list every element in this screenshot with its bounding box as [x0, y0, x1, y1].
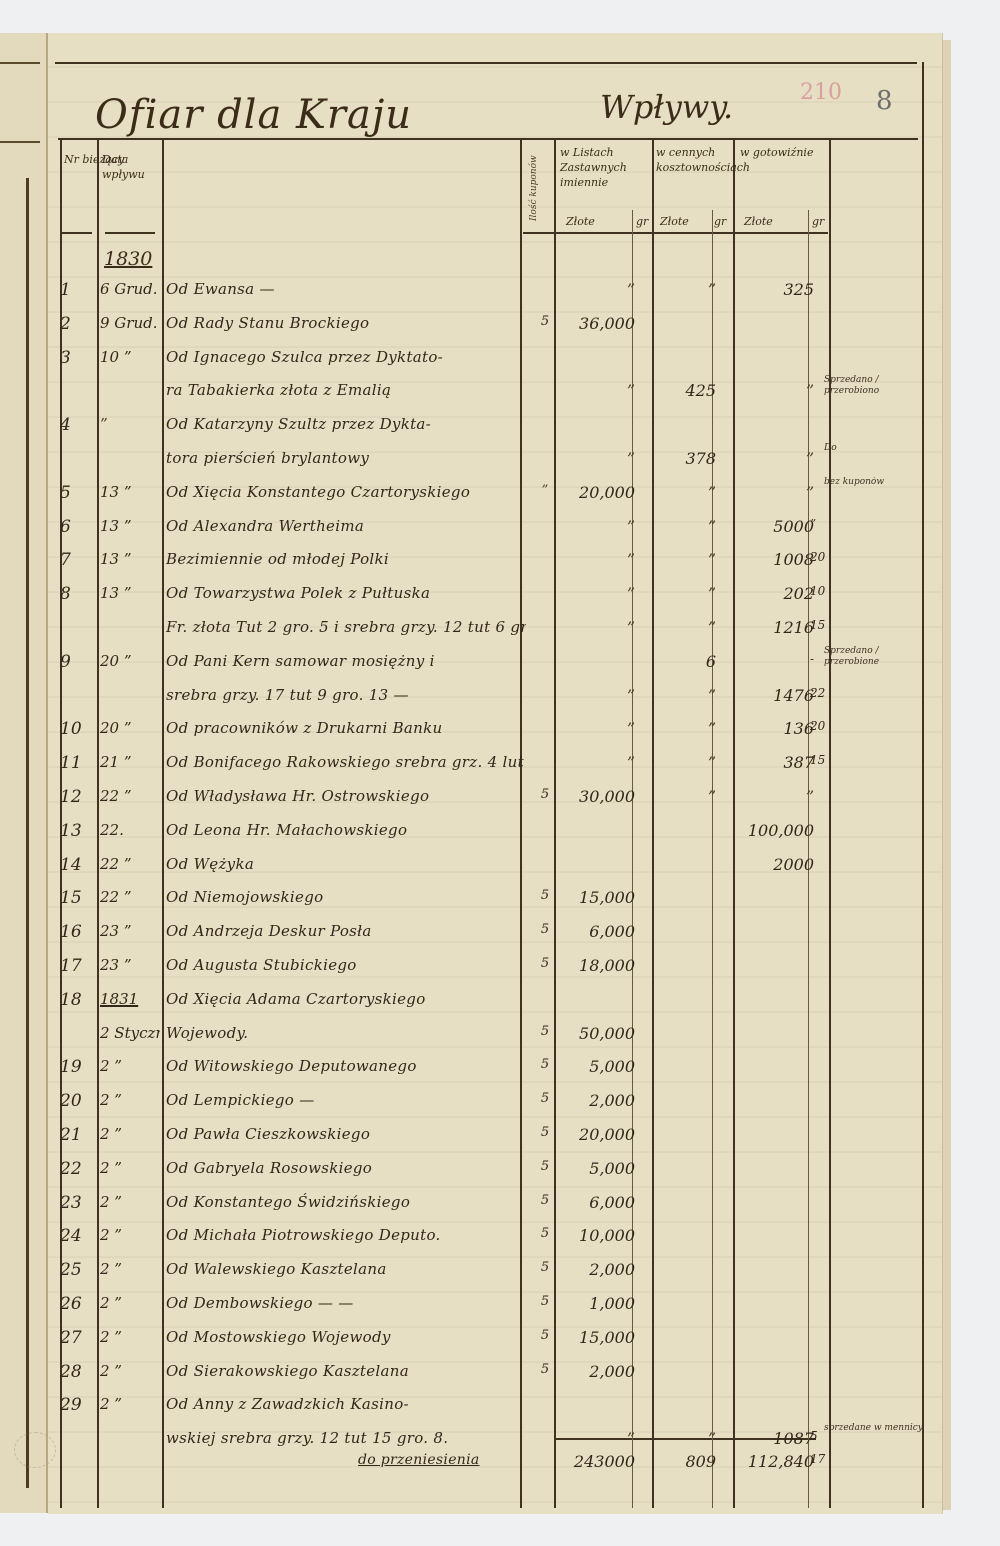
ledger-row: 1522 ”Od Niemojowskiego515,000 [48, 882, 942, 916]
entry-cash-zlote: 387 [736, 753, 814, 772]
header-underline [523, 232, 828, 234]
entry-precious-zlote: 425 [656, 381, 716, 400]
entry-date: 2 ” [100, 1260, 160, 1278]
entry-description: Fr. złota Tut 2 gro. 5 i srebra grzy. 12… [166, 618, 526, 636]
entry-precious-zlote: ” [656, 787, 716, 806]
ledger-row: 1322.Od Leona Hr. Małachowskiego100,000 [48, 815, 942, 849]
entry-cash-grosze: ” [810, 517, 832, 531]
entry-date: 13 ” [100, 550, 160, 568]
header-grosze-1: gr [636, 214, 648, 229]
entry-precious-zlote: ” [656, 618, 716, 637]
entry-date: 1831 [100, 990, 160, 1008]
entry-number: 12 [60, 787, 96, 807]
entry-number: 20 [60, 1091, 96, 1111]
entry-listy-zastawne-zlote: 36,000 [560, 314, 635, 333]
entry-description: Od Katarzyny Szultz przez Dykta- [166, 415, 526, 433]
entry-listy-zastawne-zlote: ” [560, 686, 635, 705]
entry-listy-zastawne-zlote: 15,000 [560, 888, 635, 907]
entry-coupons: 5 [532, 1057, 558, 1072]
entry-description: Od Xięcia Konstantego Czartoryskiego [166, 483, 526, 501]
entry-listy-zastawne-zlote: 5,000 [560, 1057, 635, 1076]
entry-description: Od Lempickiego — [166, 1091, 526, 1109]
entry-number: 23 [60, 1193, 96, 1213]
entry-cash-grosze: 10 [810, 584, 832, 598]
entry-description: Od Alexandra Wertheima [166, 517, 526, 535]
entry-coupons: 5 [532, 314, 558, 329]
entry-number: 5 [60, 483, 96, 503]
entry-note: Do [824, 443, 924, 454]
entry-description: Od Andrzeja Deskur Posła [166, 922, 526, 940]
entry-number: 2 [60, 314, 96, 334]
entry-date: 13 ” [100, 483, 160, 501]
header-underline [62, 232, 92, 234]
ledger-row: 262 ”Od Dembowskiego — —51,000 [48, 1288, 942, 1322]
top-rule [55, 62, 917, 64]
ledger-row: 282 ”Od Sierakowskiego Kasztelana52,000 [48, 1356, 942, 1390]
ledger-row: 272 ”Od Mostowskiego Wojewody515,000 [48, 1322, 942, 1356]
ledger-row: 181831Od Xięcia Adama Czartoryskiego [48, 984, 942, 1018]
header-no: Nr bieżący [64, 152, 96, 167]
header-cash: w gotowiźnie [740, 145, 826, 160]
entry-description: Od Pawła Cieszkowskiego [166, 1125, 526, 1143]
entry-cash-zlote: 2000 [736, 855, 814, 874]
ledger-row: 1422 ”Od Wężyka2000 [48, 849, 942, 883]
entry-description: Od Xięcia Adama Czartoryskiego [166, 990, 526, 1008]
totals-row: do przeniesienia 243000 809 112,840 17 [48, 1446, 942, 1480]
entry-cash-zlote: 136 [736, 719, 814, 738]
total-precious: 809 [656, 1452, 716, 1471]
entry-date: 20 ” [100, 719, 160, 737]
left-page-column-line [26, 178, 29, 1488]
ledger-row: 1121 ”Od Bonifacego Rakowskiego srebra g… [48, 747, 942, 781]
entry-date: 23 ” [100, 922, 160, 940]
entry-coupons: 5 [532, 1159, 558, 1174]
entry-description: wskiej srebra grzy. 12 tut 15 gro. 8. [166, 1429, 526, 1447]
page-edge [942, 40, 951, 1510]
entry-description: Bezimiennie od młodej Polki [166, 550, 526, 568]
entry-coupons: 5 [532, 1226, 558, 1241]
folio-number-red: 210 [800, 80, 842, 105]
entry-coupons: 5 [532, 888, 558, 903]
entry-listy-zastawne-zlote: ” [560, 618, 635, 637]
entry-description: Od Ewansa — [166, 280, 526, 298]
left-page-rule [0, 141, 40, 143]
entry-listy-zastawne-zlote: 18,000 [560, 956, 635, 975]
entry-listy-zastawne-zlote: ” [560, 550, 635, 569]
entry-cash-zlote: 325 [736, 280, 814, 299]
entry-number: 10 [60, 719, 96, 739]
entry-coupons: 5 [532, 1328, 558, 1343]
entry-cash-grosze: 15 [810, 753, 832, 767]
header-zlote-2: Złote [660, 214, 689, 229]
entry-listy-zastawne-zlote: 2,000 [560, 1362, 635, 1381]
entry-coupons: 5 [532, 1260, 558, 1275]
entry-description: srebra grzy. 17 tut 9 gro. 13 — [166, 686, 526, 704]
entry-number: 28 [60, 1362, 96, 1382]
entry-number: 21 [60, 1125, 96, 1145]
entry-precious-zlote: ” [656, 686, 716, 705]
entry-description: Od Wężyka [166, 855, 526, 873]
entry-description: Od Gabryela Rosowskiego [166, 1159, 526, 1177]
entry-precious-zlote: 378 [656, 449, 716, 468]
entry-listy-zastawne-zlote: 20,000 [560, 483, 635, 502]
entry-description: Od Rady Stanu Brockiego [166, 314, 526, 332]
year-1830: 1830 [104, 248, 152, 270]
left-page-edge [0, 33, 48, 1513]
entry-precious-zlote: ” [656, 753, 716, 772]
entry-date: 13 ” [100, 584, 160, 602]
entry-description: Od Dembowskiego — — [166, 1294, 526, 1312]
ledger-row: 16 Grud.Od Ewansa —””325 [48, 274, 942, 308]
entry-cash-zlote: 1216 [736, 618, 814, 637]
entry-cash-grosze: 15 [810, 618, 832, 632]
entry-cash-zlote: 202 [736, 584, 814, 603]
entry-cash-zlote: ” [736, 787, 814, 806]
entry-listy-zastawne-zlote: 6,000 [560, 922, 635, 941]
total-cash-zlote: 112,840 [736, 1452, 814, 1471]
entry-description: Od Konstantego Świdzińskiego [166, 1193, 526, 1211]
entry-number: 17 [60, 956, 96, 976]
entry-date: 2 Styczn. [100, 1024, 160, 1042]
ledger-row: 2 Styczn.Wojewody.550,000 [48, 1018, 942, 1052]
archive-stamp [14, 1432, 56, 1468]
ledger-row: 4”Od Katarzyny Szultz przez Dykta- [48, 409, 942, 443]
entry-number: 7 [60, 550, 96, 570]
entry-listy-zastawne-zlote: ” [560, 584, 635, 603]
entry-listy-zastawne-zlote: ” [560, 381, 635, 400]
entry-precious-zlote: 6 [656, 652, 716, 671]
entry-listy-zastawne-zlote: 2,000 [560, 1091, 635, 1110]
entry-date: 2 ” [100, 1226, 160, 1244]
entry-number: 9 [60, 652, 96, 672]
ledger-row: ra Tabakierka złota z Emalią”425”Sprzeda… [48, 375, 942, 409]
entry-date: 2 ” [100, 1395, 160, 1413]
entry-cash-grosze: 20 [810, 719, 832, 733]
entry-date: 2 ” [100, 1328, 160, 1346]
entry-date: 2 ” [100, 1125, 160, 1143]
ledger-row: 613 ”Od Alexandra Wertheima””5000” [48, 511, 942, 545]
entry-coupons: 5 [532, 922, 558, 937]
header-coupons: Ilość kuponów [529, 148, 549, 228]
entry-description: Od Augusta Stubickiego [166, 956, 526, 974]
entry-number: 22 [60, 1159, 96, 1179]
entry-description: Od Walewskiego Kasztelana [166, 1260, 526, 1278]
entry-date: 23 ” [100, 956, 160, 974]
ledger-row: 813 ”Od Towarzystwa Polek z Pułtuska””20… [48, 578, 942, 612]
entry-listy-zastawne-zlote: 6,000 [560, 1193, 635, 1212]
entry-number: 29 [60, 1395, 96, 1415]
entry-description: Od Mostowskiego Wojewody [166, 1328, 526, 1346]
entry-description: Od Leona Hr. Małachowskiego [166, 821, 526, 839]
entry-date: 2 ” [100, 1193, 160, 1211]
entry-coupons: 5 [532, 956, 558, 971]
ledger-row: 292 ”Od Anny z Zawadzkich Kasino- [48, 1389, 942, 1423]
header-underline [105, 232, 155, 234]
entry-number: 8 [60, 584, 96, 604]
page-title: Ofiar dla Kraju [95, 92, 412, 138]
header-grosze-2: gr [714, 214, 726, 229]
entry-listy-zastawne-zlote: ” [560, 280, 635, 299]
folio-number-pencil: 8 [876, 86, 893, 116]
entry-date: 20 ” [100, 652, 160, 670]
entry-note: Sprzedano / przerobione [824, 646, 924, 668]
entry-coupons: ” [532, 483, 558, 498]
entry-cash-grosze: 22 [810, 686, 832, 700]
entry-date: 2 ” [100, 1294, 160, 1312]
entry-coupons: 5 [532, 1362, 558, 1377]
entry-number: 19 [60, 1057, 96, 1077]
entry-date: 22 ” [100, 888, 160, 906]
header-date: Data wpływu [102, 152, 160, 182]
entry-note: Sprzedano / przerobiono [824, 375, 924, 397]
entry-description: Od Anny z Zawadzkich Kasino- [166, 1395, 526, 1413]
entry-description: tora pierścień brylantowy [166, 449, 526, 467]
entry-cash-zlote: ” [736, 483, 814, 502]
entry-date: 2 ” [100, 1091, 160, 1109]
entry-note: bez kuponów [824, 477, 924, 488]
entry-date: 2 ” [100, 1159, 160, 1177]
entry-description: Od Bonifacego Rakowskiego srebra grz. 4 … [166, 753, 526, 771]
entry-number: 4 [60, 415, 96, 435]
entry-listy-zastawne-zlote: 50,000 [560, 1024, 635, 1043]
header-listy-zastawne: w Listach Zastawnych imiennie [560, 145, 650, 190]
header-grosze-3: gr [812, 214, 824, 229]
entry-number: 24 [60, 1226, 96, 1246]
entry-listy-zastawne-zlote: 1,000 [560, 1294, 635, 1313]
header-zlote-3: Złote [744, 214, 773, 229]
ledger-row: 920 ”Od Pani Kern samowar mosiężny i6-Sp… [48, 646, 942, 680]
entry-precious-zlote: ” [656, 584, 716, 603]
entry-cash-zlote: 100,000 [736, 821, 814, 840]
entry-listy-zastawne-zlote: ” [560, 517, 635, 536]
entry-description: Od Władysława Hr. Ostrowskiego [166, 787, 526, 805]
entry-precious-zlote: ” [656, 550, 716, 569]
entry-description: Od pracowników z Drukarni Banku [166, 719, 526, 737]
entry-date: 9 Grud. [100, 314, 160, 332]
entry-cash-zlote: ” [736, 449, 814, 468]
entry-description: Od Pani Kern samowar mosiężny i [166, 652, 526, 670]
ledger-row: 212 ”Od Pawła Cieszkowskiego520,000 [48, 1119, 942, 1153]
entry-date: 21 ” [100, 753, 160, 771]
entry-number: 15 [60, 888, 96, 908]
entry-listy-zastawne-zlote: ” [560, 753, 635, 772]
entry-cash-zlote: 5000 [736, 517, 814, 536]
entry-number: 18 [60, 990, 96, 1010]
entry-cash-zlote: ” [736, 381, 814, 400]
ledger-row: 1623 ”Od Andrzeja Deskur Posła56,000 [48, 916, 942, 950]
entry-number: 14 [60, 855, 96, 875]
entry-description: Wojewody. [166, 1024, 526, 1042]
entry-date: 22 ” [100, 787, 160, 805]
header-rule [58, 138, 918, 140]
entry-number: 26 [60, 1294, 96, 1314]
entry-listy-zastawne-zlote: 30,000 [560, 787, 635, 806]
ledger-row: 29 Grud.Od Rady Stanu Brockiego536,000 [48, 308, 942, 342]
entry-note: sprzedane w mennicy [824, 1423, 924, 1434]
entry-precious-zlote: ” [656, 517, 716, 536]
ledger-row: 192 ”Od Witowskiego Deputowanego55,000 [48, 1051, 942, 1085]
entry-description: ra Tabakierka złota z Emalią [166, 381, 526, 399]
entry-precious-zlote: ” [656, 280, 716, 299]
ledger-row: 1222 ”Od Władysława Hr. Ostrowskiego530,… [48, 781, 942, 815]
entry-number: 16 [60, 922, 96, 942]
ledger-row: 310 ”Od Ignacego Szulca przez Dyktato- [48, 342, 942, 376]
entry-coupons: 5 [532, 787, 558, 802]
entry-listy-zastawne-zlote: ” [560, 719, 635, 738]
entry-number: 1 [60, 280, 96, 300]
ledger-row: 1723 ”Od Augusta Stubickiego518,000 [48, 950, 942, 984]
entry-number: 6 [60, 517, 96, 537]
entry-date: 10 ” [100, 348, 160, 366]
header-precious: w cennych kosztownościach [656, 145, 732, 175]
ledger-row: Fr. złota Tut 2 gro. 5 i srebra grzy. 12… [48, 612, 942, 646]
total-listy-zastawne: 243000 [560, 1452, 635, 1471]
entry-description: Od Michała Piotrowskiego Deputo. [166, 1226, 526, 1244]
entry-cash-zlote: 1476 [736, 686, 814, 705]
entry-listy-zastawne-zlote: 15,000 [560, 1328, 635, 1347]
entry-cash-grosze: 20 [810, 550, 832, 564]
entry-description: Od Niemojowskiego [166, 888, 526, 906]
ledger-row: srebra grzy. 17 tut 9 gro. 13 —””147622 [48, 680, 942, 714]
ledger-row: 222 ”Od Gabryela Rosowskiego55,000 [48, 1153, 942, 1187]
total-cash-grosze: 17 [810, 1452, 832, 1466]
entry-coupons: 5 [532, 1294, 558, 1309]
entry-number: 13 [60, 821, 96, 841]
entry-description: Od Ignacego Szulca przez Dyktato- [166, 348, 526, 366]
entry-listy-zastawne-zlote: ” [560, 449, 635, 468]
ledger-row: tora pierścień brylantowy”378”Do [48, 443, 942, 477]
entry-cash-zlote: 1008 [736, 550, 814, 569]
ledger-row: 713 ”Bezimiennie od młodej Polki””100820 [48, 544, 942, 578]
entry-coupons: 5 [532, 1024, 558, 1039]
entry-date: 22 ” [100, 855, 160, 873]
entry-listy-zastawne-zlote: 20,000 [560, 1125, 635, 1144]
ledger-row: 513 ”Od Xięcia Konstantego Czartoryskieg… [48, 477, 942, 511]
entry-number: 27 [60, 1328, 96, 1348]
ledger-row: 252 ”Od Walewskiego Kasztelana52,000 [48, 1254, 942, 1288]
entry-number: 11 [60, 753, 96, 773]
entry-number: 25 [60, 1260, 96, 1280]
left-page-rule [0, 62, 40, 64]
entry-number: 3 [60, 348, 96, 368]
entry-description: Od Witowskiego Deputowanego [166, 1057, 526, 1075]
entry-listy-zastawne-zlote: 10,000 [560, 1226, 635, 1245]
entry-listy-zastawne-zlote: 5,000 [560, 1159, 635, 1178]
ledger-row: 202 ”Od Lempickiego —52,000 [48, 1085, 942, 1119]
entry-coupons: 5 [532, 1193, 558, 1208]
entry-description: Od Towarzystwa Polek z Pułtuska [166, 584, 526, 602]
entry-precious-zlote: ” [656, 483, 716, 502]
entry-listy-zastawne-zlote: 2,000 [560, 1260, 635, 1279]
carry-forward-label: do przeniesienia [358, 1452, 518, 1468]
entry-description: Od Sierakowskiego Kasztelana [166, 1362, 526, 1380]
ledger-row: 232 ”Od Konstantego Świdzińskiego56,000 [48, 1187, 942, 1221]
entry-date: 22. [100, 821, 160, 839]
entry-date: ” [100, 415, 160, 433]
ledger-row: 1020 ”Od pracowników z Drukarni Banku””1… [48, 713, 942, 747]
entry-date: 2 ” [100, 1362, 160, 1380]
entry-coupons: 5 [532, 1125, 558, 1140]
header-zlote-1: Złote [566, 214, 595, 229]
entry-coupons: 5 [532, 1091, 558, 1106]
section-title: Wpływy. [600, 88, 733, 126]
ledger-row: 242 ”Od Michała Piotrowskiego Deputo.510… [48, 1220, 942, 1254]
entry-date: 2 ” [100, 1057, 160, 1075]
entry-date: 13 ” [100, 517, 160, 535]
entry-precious-zlote: ” [656, 719, 716, 738]
entry-date: 6 Grud. [100, 280, 160, 298]
